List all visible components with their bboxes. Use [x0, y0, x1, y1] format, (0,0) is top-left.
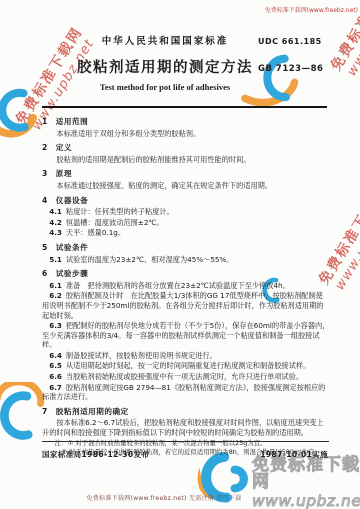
watermark-bottom-note: 免费标准下载网(www.freebz.net) 无需注册 即可下载 — [42, 493, 286, 502]
clause-number: 6.1 — [49, 281, 62, 290]
standard-org-line: 中华人民共和国国家标准 — [40, 33, 290, 47]
document-body: 1适用范围本标准适用于双组分和多组分类型的胶粘剂。2定义胶粘剂的适用期是配制后的… — [42, 112, 330, 458]
section-heading-7: 7胶粘剂适用期的确定 — [42, 407, 330, 417]
up-logo-swoosh-icon — [0, 382, 48, 450]
clause-number: 6.7 — [49, 383, 62, 392]
clause-5.1: 5.1试验室的温度为23±2℃、相对湿度为45%～55%。 — [42, 255, 330, 265]
clause-number: 6.3 — [49, 321, 62, 330]
header-rule — [42, 106, 327, 108]
clause-6.6: 6.6当胶粘剂初始粘度或胶接强度中有一项无法测定时，允许只进行单项试验。 — [42, 372, 330, 382]
section-heading-1: 1适用范围 — [42, 117, 330, 127]
clause-number: 4.2 — [49, 218, 62, 227]
clause-number: 4.3 — [49, 228, 62, 237]
clause-number: 4.1 — [49, 207, 62, 216]
effective-date: 1987-10-01实施 — [260, 449, 328, 460]
watermark-site-url: www.upbz.net — [330, 0, 360, 103]
section-number: 2 — [42, 143, 48, 152]
clause-number: 6.4 — [49, 351, 62, 360]
footer-rule — [42, 441, 329, 442]
watermark-top-note: 免费标准下载网(www.freebz.net) — [246, 5, 358, 14]
note-line: 注：① 对于混合时放热量较多的胶粘剂，某一次混合物量一般以25g为宜。 — [42, 439, 330, 448]
paragraph: 胶粘剂的适用期是配制后的胶粘剂能维持其可用性能的时间。 — [42, 155, 330, 165]
section-number: 7 — [42, 407, 48, 416]
up-logo-swoosh-icon — [0, 82, 42, 144]
clause-number: 6.6 — [49, 372, 62, 381]
clause-number: 6.2 — [49, 291, 62, 300]
section-heading-2: 2定义 — [42, 143, 330, 153]
section-heading-5: 5试验条件 — [42, 243, 330, 253]
section-heading-3: 3原理 — [42, 169, 330, 179]
watermark-site-name: 免费标准下载网 — [252, 457, 360, 491]
section-number: 4 — [42, 196, 48, 205]
clause-6.3: 6.3把配制好的胶粘剂尽快地分成若干份（不少于5份），保存在60ml的带盖小容器… — [42, 321, 330, 350]
udc-number: UDC 661.185 — [258, 37, 322, 46]
clause-6.5: 6.5从适用期起始时刻起，按一定的时间间隔重复进行粘度测定和制备胶接试样。 — [42, 361, 330, 371]
clause-6.1: 6.1准备 把待测胶粘剂的各组分放置在23±2℃试验温度下至少停放4h。 — [42, 281, 330, 291]
section-heading-4: 4仪器设备 — [42, 196, 330, 206]
paragraph: 本标准通过胶接强度、粘度的测定，确定其在规定条件下的适用期。 — [42, 181, 330, 191]
clause-6.2: 6.2胶粘剂配制及计时 在比配胶量大1/3体积的GG 17低型烧杯中，按胶粘剂配… — [42, 291, 330, 320]
clause-4.2: 4.2恒温槽：温度波动范围±2℃。 — [42, 218, 330, 228]
clause-6.7: 6.7胶粘剂粘度测定按GB 2794—81《胶粘剂粘度测定方法》，胶接强度测定按… — [42, 383, 330, 402]
section-number: 3 — [42, 169, 48, 178]
watermark-diagonal: 免费标准下载网 www.upbz.net — [313, 0, 360, 103]
document-page: 免费标准下载网 www.upbz.net 免费标准下载网 www.upbz.ne… — [0, 0, 360, 509]
standard-title-en: Test method for pot life of adhesives — [40, 82, 290, 92]
clause-6.4: 6.4制备胶接试样，按胶粘剂使用说明书规定进行。 — [42, 351, 330, 361]
issued-date: 国家标准局1986-12-30发布 — [42, 449, 149, 460]
watermark-site-name: 免费标准下载网 — [313, 0, 360, 95]
clause-number: 6.5 — [49, 361, 62, 370]
standard-number: GB 7123—86 — [258, 64, 323, 74]
paragraph: 按本标准6.2～6.7试验后，把胶粘剂粘度和胶接强度对时间作图，以粘度迅速突变上… — [42, 418, 330, 437]
clause-4.1: 4.1粘度计：任何类型的转子粘度计。 — [42, 207, 330, 217]
section-number: 6 — [42, 269, 48, 278]
standard-title-zh: 胶粘剂适用期的测定方法 — [40, 56, 290, 77]
section-heading-6: 6试验步骤 — [42, 269, 330, 279]
clause-4.3: 4.3天平：感量0.1g。 — [42, 228, 330, 238]
paragraph: 本标准适用于双组分和多组分类型的胶粘剂。 — [42, 129, 330, 139]
clause-number: 5.1 — [49, 255, 62, 264]
section-number: 1 — [42, 117, 48, 126]
section-number: 5 — [42, 243, 48, 252]
